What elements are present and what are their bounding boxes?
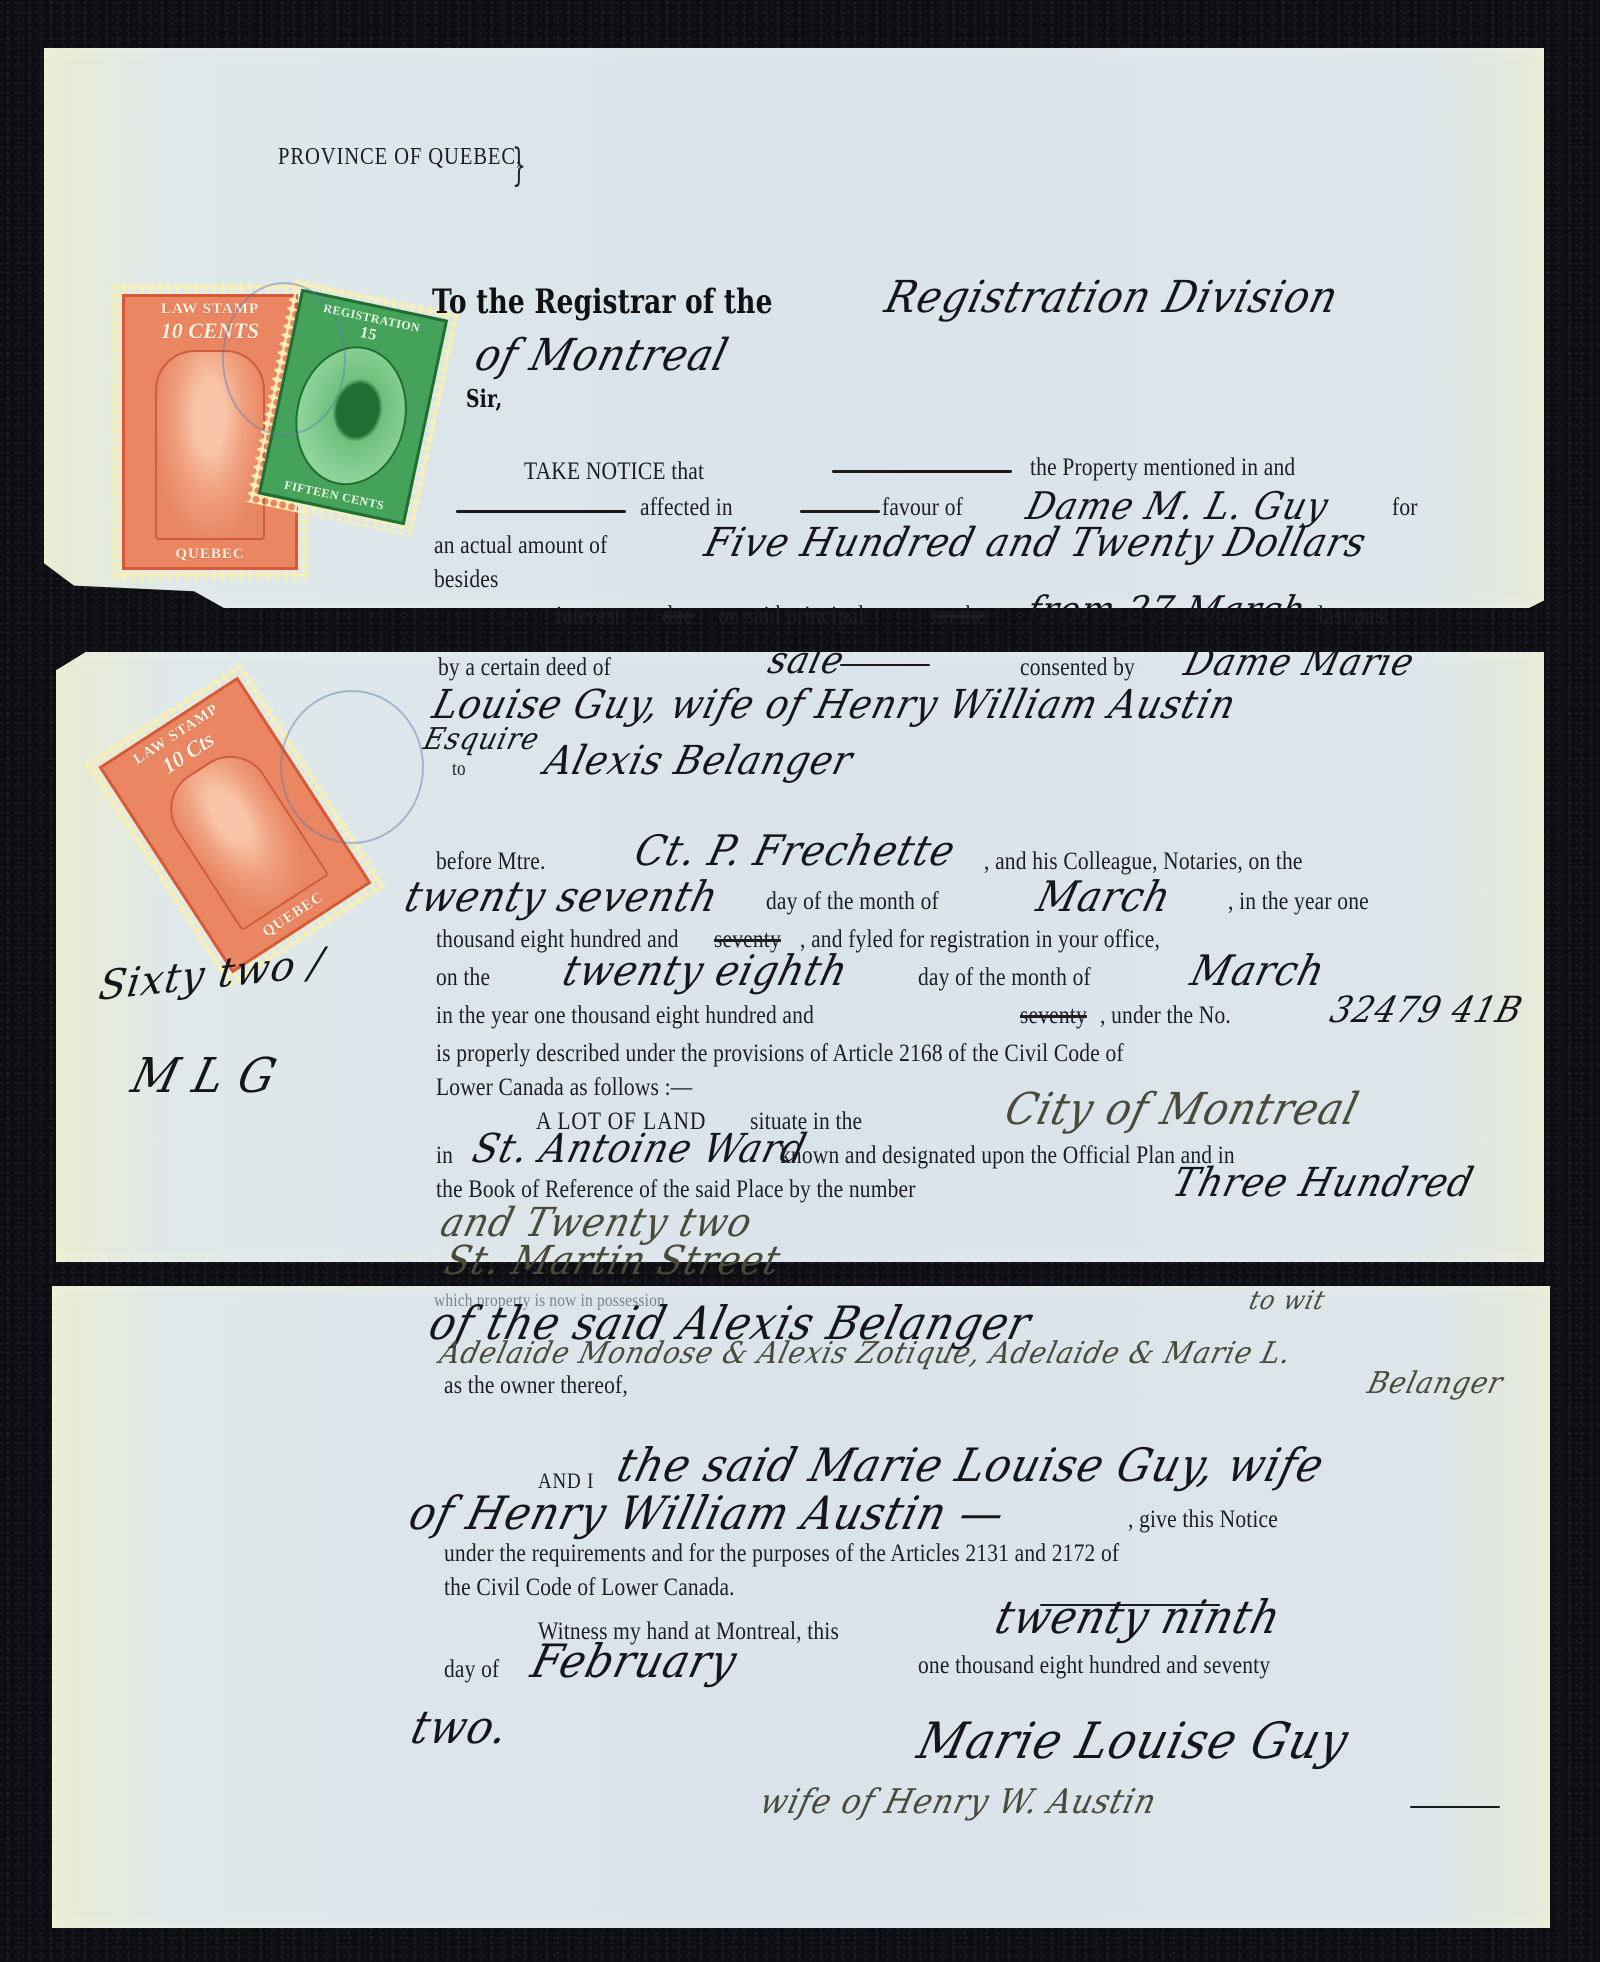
for-label: for [1392,494,1418,522]
lot-number-hw: Three Hundred [1168,1160,1478,1206]
brace-icon: } [512,140,526,191]
city-hw: City of Montreal [1000,1084,1364,1135]
on-the: on the [436,964,490,992]
stamp-label: QUEBEC [175,546,244,563]
witness-day-hw: twenty ninth [990,1590,1287,1644]
blank-line [456,510,626,513]
of-montreal-hw: of Montreal [470,330,734,381]
to-hw: Alexis Belanger [540,738,858,784]
amount-hw: Five Hundred and Twenty Dollars [700,520,1371,566]
month2-hw: March [1186,946,1330,995]
postmark-icon [222,282,346,436]
seventy-struck-2: seventy [1020,1002,1087,1030]
consented-by-hw: Dame Marie [1180,640,1419,684]
consenter-hw: Louise Guy, wife of Henry William Austin [428,682,1241,728]
of-henry-hw: of Henry William Austin — [404,1486,1011,1540]
actual-amount: an actual amount of [434,532,607,560]
sir-salutation: Sir, [466,384,502,413]
give-this-notice: , give this Notice [1128,1506,1278,1534]
margin-initials-hw: M L G [126,1048,282,1104]
registrar-salutation: To the Registrar of the [432,282,773,322]
in-the-year-one: , in the year one [1228,888,1369,916]
take-notice: TAKE NOTICE that [524,458,704,486]
consented-by: consented by [1020,654,1135,682]
province-heading: PROVINCE OF QUEBEC, [278,144,522,171]
in-label: in [436,1142,453,1170]
interest-date-hw: from 27 March [1022,588,1311,632]
lower-canada-text: Lower Canada as follows :— [436,1074,692,1102]
interest: interest [556,602,621,630]
ward-hw: St. Antoine Ward [468,1126,811,1172]
signature-line [1410,1806,1500,1808]
notary-hw: Ct. P. Frechette [630,826,961,875]
by-certain-deed: by a certain deed of [438,654,611,682]
year-hw: two. [406,1700,515,1754]
postmark-icon [280,690,424,844]
blank-line [840,664,930,666]
registration-number-hw: 32479 41B [1326,990,1527,1031]
esquire-hw: Esquire [420,722,543,757]
under-no: , under the No. [1100,1002,1231,1030]
signature-hw: Marie Louise Guy [912,1712,1355,1770]
day-of: day of [444,1656,499,1684]
in-the-year-2: in the year one thousand eight hundred a… [436,1002,814,1030]
stamp-value: 15 [358,324,378,345]
blank-line [832,470,1012,473]
as-owner-thereof: as the owner thereof, [444,1372,628,1400]
last-past: last past [1318,602,1389,630]
month-hw: February [526,1634,743,1688]
document-panel-3 [52,1286,1550,1928]
day-of-month-2: day of the month of [918,964,1091,992]
month1-hw: March [1032,872,1176,921]
day2-hw: twenty eighth [558,946,853,995]
registration-division-hw: Registration Division [880,272,1344,323]
known-designated: known and designated upon the Official P… [780,1142,1235,1170]
provisions-text: is properly described under the provisio… [436,1040,1124,1068]
favour-of: favour of [882,494,963,522]
and-i-hw: the said Marie Louise Guy, wife [612,1438,1330,1492]
interest-due-struck: due [662,602,694,630]
affected-in: affected in [640,494,733,522]
owner-addendum-hw: to wit [1246,1286,1328,1316]
fyled-text: , and fyled for registration in your off… [800,926,1160,954]
street-hw: St. Martin Street [440,1238,786,1284]
day-of-month: day of the month of [766,888,939,916]
blank-line [800,510,880,513]
deed-type-hw: sale [764,638,849,682]
blank-line [1040,1604,1220,1606]
civil-code-text: the Civil Code of Lower Canada. [444,1574,735,1602]
to-label: to [452,758,466,781]
besides: besides [434,566,499,594]
signature-sub-hw: wife of Henry W. Austin [756,1782,1161,1822]
on-the-struck: on the [932,602,986,630]
heirs-hw: Adelaide Mondose & Alexis Zotique, Adela… [436,1336,1295,1371]
day1-hw: twenty seventh [400,872,724,921]
requirements-text: under the requirements and for the purpo… [444,1540,1119,1568]
on-said-principal: on said principal [718,602,864,630]
property-mentioned: the Property mentioned in and [1030,454,1295,482]
one-thousand-text: one thousand eight hundred and seventy [918,1652,1270,1680]
heirs-surname-hw: Belanger [1364,1366,1507,1401]
